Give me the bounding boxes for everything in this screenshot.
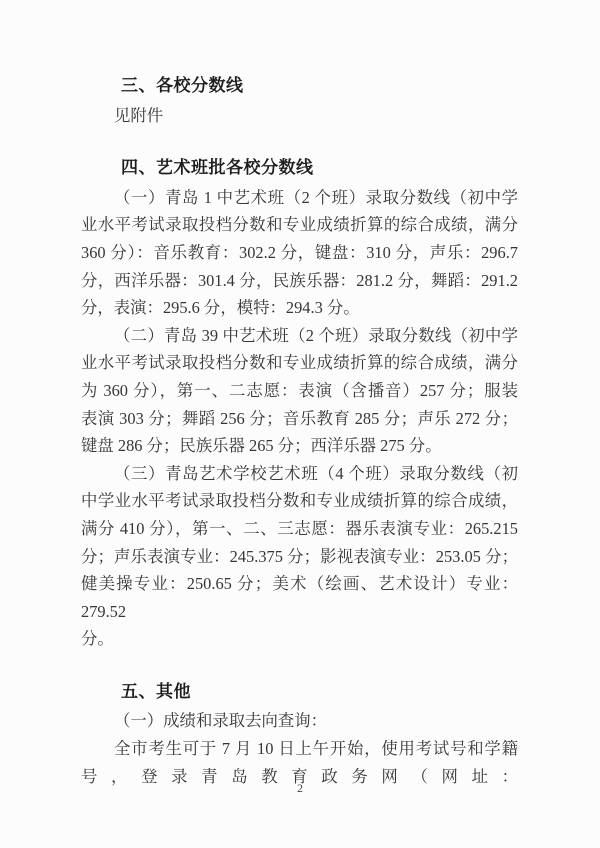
page-number: 2	[0, 781, 600, 796]
text-line: 分，表演：295.6 分，模特：294.3 分。	[81, 294, 518, 322]
section-heading: 五、其他	[81, 678, 518, 706]
text-line: 键盘 286 分；民族乐器 265 分；西洋乐器 275 分。	[81, 432, 518, 460]
text-line: 业水平考试录取投档分数和专业成绩折算的综合成绩，满分	[81, 349, 518, 377]
text-line: 见附件	[81, 102, 518, 130]
section-heading: 三、各校分数线	[81, 72, 518, 100]
text-line: 业水平考试录取投档分数和专业成绩折算的综合成绩，满分	[81, 211, 518, 239]
text-line: （二）青岛 39 中艺术班（2 个班）录取分数线（初中学	[81, 322, 518, 350]
text-line: 360 分）：音乐教育：302.2 分，键盘：310 分，声乐：296.7	[81, 239, 518, 267]
text-line: 满分 410 分），第一、二、三志愿：器乐表演专业：265.215	[81, 515, 518, 543]
text-line: 分。	[81, 625, 518, 653]
text-line: （三）青岛艺术学校艺术班（4 个班）录取分数线（初	[81, 460, 518, 488]
section-heading: 四、艺术班批各校分数线	[81, 154, 518, 182]
text-line: 健美操专业：250.65 分；美术（绘画、艺术设计）专业：279.52	[81, 570, 518, 625]
text-line: 分，西洋乐器：301.4 分，民族乐器：281.2 分，舞蹈：291.2	[81, 267, 518, 295]
document-page: 三、各校分数线见附件四、艺术班批各校分数线（一）青岛 1 中艺术班（2 个班）录…	[0, 0, 600, 848]
text-line: 中学业水平考试录取投档分数和专业成绩折算的综合成绩，	[81, 487, 518, 515]
text-line: 分；声乐表演专业：245.375 分；影视表演专业：253.05 分；	[81, 543, 518, 571]
text-line: （一）青岛 1 中艺术班（2 个班）录取分数线（初中学	[81, 184, 518, 212]
text-line: 全市考生可于 7 月 10 日上午开始，使用考试号和学籍	[81, 735, 518, 763]
document-content: 三、各校分数线见附件四、艺术班批各校分数线（一）青岛 1 中艺术班（2 个班）录…	[81, 72, 518, 790]
text-line: 为 360 分），第一、二志愿：表演（含播音）257 分；服装	[81, 377, 518, 405]
text-line: （一）成绩和录取去向查询：	[81, 707, 518, 735]
text-line: 表演 303 分；舞蹈 256 分；音乐教育 285 分；声乐 272 分；	[81, 405, 518, 433]
